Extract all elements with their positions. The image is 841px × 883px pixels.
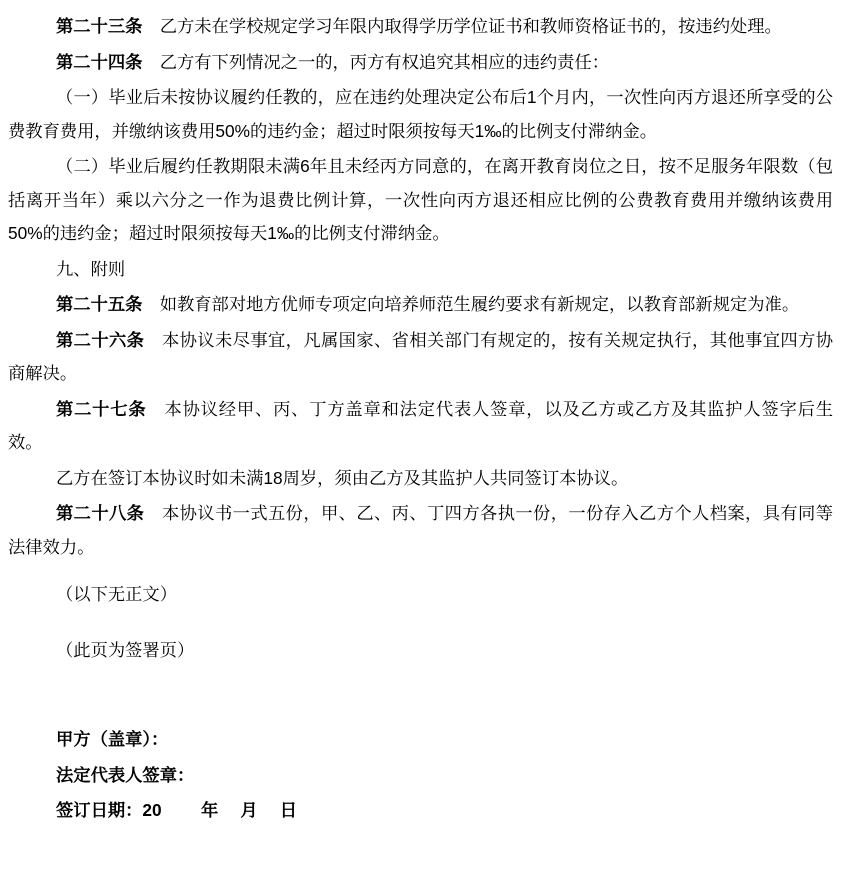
no-more-text-note: （以下无正文）: [8, 578, 833, 612]
breach-clause-item-2-text: （二）毕业后履约任教期限未满6年且未经丙方同意的，在离开教育岗位之日，按不足服务…: [8, 156, 833, 243]
minor-guardian-clause-text: 乙方在签订本协议时如未满18周岁，须由乙方及其监护人共同签订本协议。: [56, 468, 628, 488]
article-24-text: 乙方有下列情况之一的，丙方有权追究其相应的违约责任：: [142, 52, 609, 72]
article-26-clause: 第二十六条 本协议未尽事宜，凡属国家、省相关部门有规定的，按有关规定执行，其他事…: [8, 324, 833, 391]
article-28-number: 第二十八条: [56, 503, 144, 523]
breach-clause-item-1: （一）毕业后未按协议履约任教的，应在违约处理决定公布后1个月内，一次性向丙方退还…: [8, 81, 833, 148]
article-27-clause: 第二十七条 本协议经甲、丙、丁方盖章和法定代表人签章，以及乙方或乙方及其监护人签…: [8, 393, 833, 460]
signature-page-note-text: （此页为签署页）: [56, 640, 194, 660]
breach-clause-item-2: （二）毕业后履约任教期限未满6年且未经丙方同意的，在离开教育岗位之日，按不足服务…: [8, 150, 833, 251]
article-26-number: 第二十六条: [56, 330, 144, 350]
section-9-heading-text: 九、附则: [56, 259, 125, 279]
legal-rep-signature-label: 法定代表人签章：: [56, 765, 194, 785]
signature-page-note: （此页为签署页）: [8, 634, 833, 668]
legal-rep-signature-line: 法定代表人签章：: [8, 759, 833, 793]
article-23-text: 乙方未在学校规定学习年限内取得学历学位证书和教师资格证书的，按违约处理。: [142, 16, 781, 36]
article-25-clause: 第二十五条 如教育部对地方优师专项定向培养师范生履约要求有新规定，以教育部新规定…: [8, 288, 833, 322]
breach-clause-item-1-text: （一）毕业后未按协议履约任教的，应在违约处理决定公布后1个月内，一次性向丙方退还…: [8, 87, 833, 141]
article-28-clause: 第二十八条 本协议书一式五份，甲、乙、丙、丁四方各执一份，一份存入乙方个人档案，…: [8, 497, 833, 564]
signing-date-line: 签订日期：20 年 月 日: [8, 794, 833, 828]
no-more-text-note-text: （以下无正文）: [56, 584, 177, 604]
article-25-text: 如教育部对地方优师专项定向培养师范生履约要求有新规定，以教育部新规定为准。: [142, 294, 799, 314]
article-27-number: 第二十七条: [56, 399, 146, 419]
article-24-clause: 第二十四条 乙方有下列情况之一的，丙方有权追究其相应的违约责任：: [8, 46, 833, 80]
minor-guardian-clause: 乙方在签订本协议时如未满18周岁，须由乙方及其监护人共同签订本协议。: [8, 462, 833, 496]
article-24-number: 第二十四条: [56, 52, 142, 72]
signing-date-label: 签订日期：20 年 月 日: [56, 800, 297, 820]
article-23-clause: 第二十三条 乙方未在学校规定学习年限内取得学历学位证书和教师资格证书的，按违约处…: [8, 10, 833, 44]
party-a-seal-label: 甲方（盖章）：: [56, 729, 168, 749]
article-23-number: 第二十三条: [56, 16, 142, 36]
section-9-heading: 九、附则: [8, 253, 833, 287]
party-a-seal-line: 甲方（盖章）：: [8, 723, 833, 757]
agreement-document-page: 第二十三条 乙方未在学校规定学习年限内取得学历学位证书和教师资格证书的，按违约处…: [8, 10, 833, 828]
article-25-number: 第二十五条: [56, 294, 142, 314]
